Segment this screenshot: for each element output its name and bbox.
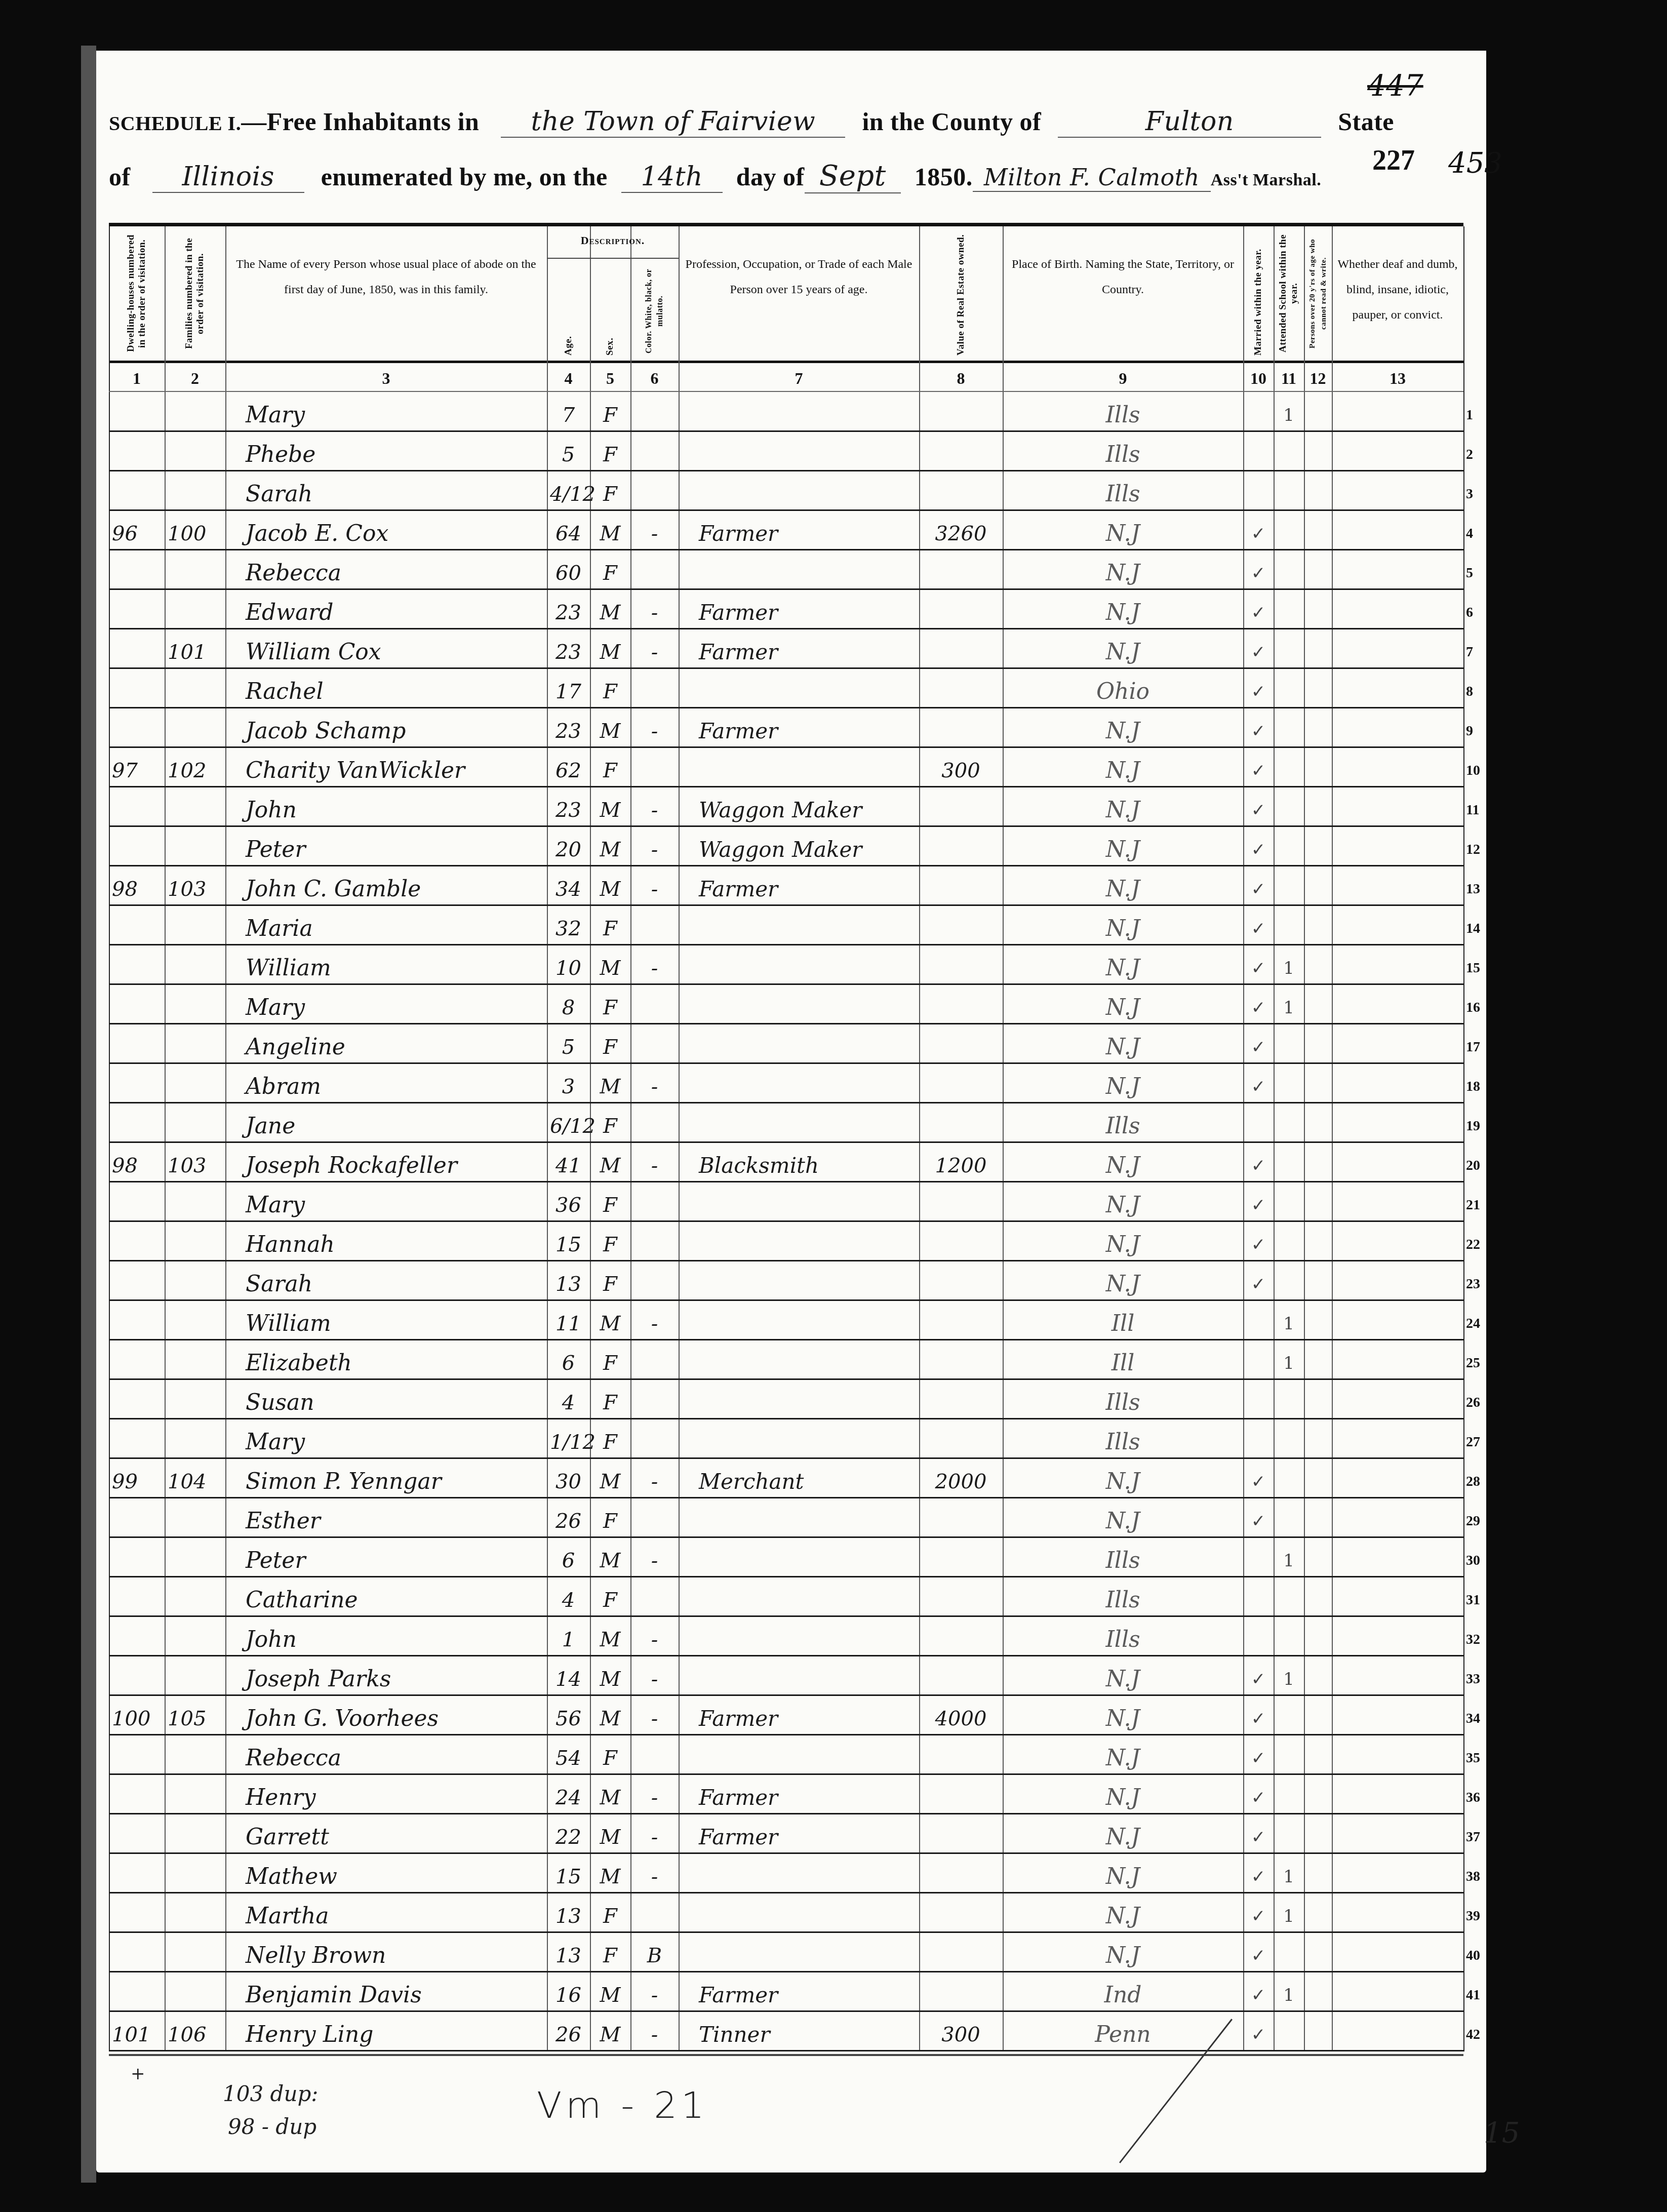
- line-number: 17: [1466, 1024, 1496, 1064]
- cell-color: -: [633, 866, 676, 904]
- line-number: 34: [1466, 1696, 1496, 1735]
- table-row: Sarah13FN.J✓: [109, 1261, 1463, 1301]
- cell-birthplace: N.J: [1006, 1498, 1240, 1536]
- cell-age: 1/12: [550, 1419, 587, 1457]
- cell-occupation: [699, 432, 919, 470]
- cell-occupation: Merchant: [699, 1459, 919, 1497]
- cell-married: [1246, 1380, 1271, 1418]
- cell-color: -: [633, 1656, 676, 1694]
- cell-name: William Cox: [246, 629, 547, 667]
- column-header-10: Married within the year.: [1243, 231, 1274, 355]
- table-row: Rebecca60FN.J✓: [109, 550, 1463, 590]
- cell-color: -: [633, 1696, 676, 1734]
- cell-name: Mary: [246, 985, 547, 1023]
- cell-condition: [1335, 1538, 1460, 1576]
- cell-married: ✓: [1246, 1814, 1271, 1852]
- cell-family: [168, 906, 222, 944]
- cell-name: Susan: [246, 1380, 547, 1418]
- cell-name: Edward: [246, 590, 547, 628]
- table-top-rule: [109, 223, 1463, 226]
- column-number-1: 1: [109, 367, 165, 390]
- cell-sex: F: [593, 392, 627, 430]
- cell-married: ✓: [1246, 827, 1271, 865]
- cell-family: 106: [168, 2012, 222, 2050]
- column-number-4: 4: [547, 367, 590, 390]
- column-number-5: 5: [590, 367, 630, 390]
- cell-illiterate: [1307, 1696, 1329, 1734]
- cell-name: Joseph Rockafeller: [246, 1143, 547, 1181]
- cell-real-estate: [922, 1301, 1000, 1339]
- cell-condition: [1335, 1459, 1460, 1497]
- column-header-13: Whether deaf and dumb, blind, insane, id…: [1337, 252, 1458, 328]
- cell-name: Henry: [246, 1775, 547, 1813]
- locality-field: the Town of Fairview: [501, 106, 845, 138]
- cell-family: [168, 985, 222, 1023]
- cell-condition: [1335, 1340, 1460, 1378]
- cell-sex: F: [593, 906, 627, 944]
- cell-condition: [1335, 1182, 1460, 1220]
- table-row: 101106Henry Ling26M-Tinner300Penn✓: [109, 2012, 1463, 2051]
- cell-color: -: [633, 1538, 676, 1576]
- cell-name: Peter: [246, 1538, 547, 1576]
- cell-school: [1277, 906, 1301, 944]
- cell-age: 6: [550, 1340, 587, 1378]
- cell-family: [168, 550, 222, 588]
- cell-school: [1277, 1617, 1301, 1655]
- cell-school: 1: [1277, 1893, 1301, 1931]
- cell-age: 14: [550, 1656, 587, 1694]
- cell-real-estate: [922, 1617, 1000, 1655]
- cell-age: 23: [550, 708, 587, 746]
- cell-family: [168, 1577, 222, 1615]
- cell-birthplace: N.J: [1006, 906, 1240, 944]
- cell-color: [633, 392, 676, 430]
- cell-dwelling: 99: [112, 1459, 162, 1497]
- cell-dwelling: [112, 1656, 162, 1694]
- cell-illiterate: [1307, 906, 1329, 944]
- cell-family: [168, 392, 222, 430]
- cell-age: 13: [550, 1893, 587, 1931]
- cell-sex: M: [593, 866, 627, 904]
- cell-birthplace: Ills: [1006, 1380, 1240, 1418]
- cell-age: 23: [550, 629, 587, 667]
- table-row: Mary1/12FIlls: [109, 1419, 1463, 1459]
- cell-birthplace: N.J: [1006, 1775, 1240, 1813]
- table-row: Mathew15M-N.J✓1: [109, 1854, 1463, 1893]
- cell-dwelling: 96: [112, 511, 162, 549]
- cell-sex: M: [593, 629, 627, 667]
- cell-married: ✓: [1246, 550, 1271, 588]
- cell-family: [168, 590, 222, 628]
- cell-married: ✓: [1246, 590, 1271, 628]
- cell-illiterate: [1307, 1775, 1329, 1813]
- cell-real-estate: [922, 1340, 1000, 1378]
- cell-birthplace: N.J: [1006, 590, 1240, 628]
- column-number-12: 12: [1304, 367, 1332, 390]
- cell-illiterate: [1307, 1380, 1329, 1418]
- cell-birthplace: N.J: [1006, 1656, 1240, 1694]
- cell-school: [1277, 1024, 1301, 1062]
- cell-age: 30: [550, 1459, 587, 1497]
- cell-color: [633, 1222, 676, 1260]
- cell-name: Charity VanWickler: [246, 748, 547, 786]
- cell-real-estate: [922, 1854, 1000, 1892]
- line-number: 11: [1466, 787, 1496, 827]
- cell-family: [168, 1972, 222, 2010]
- cell-dwelling: [112, 787, 162, 825]
- cell-occupation: Farmer: [699, 629, 919, 667]
- duplicate-note-2: 98 - dup: [228, 2114, 316, 2139]
- cell-condition: [1335, 511, 1460, 549]
- cell-age: 23: [550, 590, 587, 628]
- cell-age: 10: [550, 945, 587, 983]
- cell-condition: [1335, 1498, 1460, 1536]
- cell-name: Mary: [246, 1182, 547, 1220]
- cell-name: William: [246, 945, 547, 983]
- cell-married: ✓: [1246, 1182, 1271, 1220]
- cell-sex: M: [593, 787, 627, 825]
- cell-dwelling: [112, 1814, 162, 1852]
- cell-married: ✓: [1246, 1064, 1271, 1102]
- table-row: Peter20M-Waggon MakerN.J✓: [109, 827, 1463, 866]
- cell-family: [168, 1498, 222, 1536]
- column-number-rule: [109, 391, 1463, 392]
- cell-school: 1: [1277, 392, 1301, 430]
- cell-school: 1: [1277, 1301, 1301, 1339]
- cell-occupation: [699, 1340, 919, 1378]
- cell-occupation: [699, 1854, 919, 1892]
- cell-dwelling: [112, 1222, 162, 1260]
- table-row: Rachel17FOhio✓: [109, 669, 1463, 708]
- cell-occupation: Farmer: [699, 1814, 919, 1852]
- cell-married: [1246, 1617, 1271, 1655]
- cell-family: [168, 1103, 222, 1141]
- cell-age: 1: [550, 1617, 587, 1655]
- cell-condition: [1335, 1656, 1460, 1694]
- cell-age: 4/12: [550, 471, 587, 509]
- state-label: State: [1338, 107, 1394, 136]
- cell-illiterate: [1307, 1498, 1329, 1536]
- cell-name: Joseph Parks: [246, 1656, 547, 1694]
- cell-real-estate: [922, 432, 1000, 470]
- cell-color: [633, 1340, 676, 1378]
- cell-married: ✓: [1246, 669, 1271, 707]
- column-number-13: 13: [1332, 367, 1463, 390]
- cell-dwelling: 97: [112, 748, 162, 786]
- cell-real-estate: [922, 1498, 1000, 1536]
- cell-dwelling: [112, 1340, 162, 1378]
- county-label: in the County of: [862, 107, 1041, 136]
- cell-married: [1246, 392, 1271, 430]
- table-row: Hannah15FN.J✓: [109, 1222, 1463, 1261]
- cell-occupation: Farmer: [699, 866, 919, 904]
- cell-sex: M: [593, 1143, 627, 1181]
- cell-school: [1277, 1064, 1301, 1102]
- cell-dwelling: [112, 1498, 162, 1536]
- cell-sex: F: [593, 1419, 627, 1457]
- table-row: Joseph Parks14M-N.J✓1: [109, 1656, 1463, 1696]
- cell-occupation: [699, 1261, 919, 1299]
- cell-family: [168, 1656, 222, 1694]
- table-row: 98103Joseph Rockafeller41M-Blacksmith120…: [109, 1143, 1463, 1182]
- cell-name: Jacob Schamp: [246, 708, 547, 746]
- cell-color: [633, 471, 676, 509]
- cell-condition: [1335, 1064, 1460, 1102]
- cell-occupation: Farmer: [699, 1775, 919, 1813]
- cell-married: ✓: [1246, 1222, 1271, 1260]
- cell-color: -: [633, 1775, 676, 1813]
- county-field: Fulton: [1058, 106, 1321, 138]
- line-number: 30: [1466, 1538, 1496, 1577]
- cell-married: [1246, 1538, 1271, 1576]
- line-number: 37: [1466, 1814, 1496, 1854]
- cell-real-estate: [922, 1735, 1000, 1773]
- cell-real-estate: [922, 590, 1000, 628]
- cell-school: [1277, 1577, 1301, 1615]
- cell-school: 1: [1277, 1854, 1301, 1892]
- cell-sex: M: [593, 1972, 627, 2010]
- cell-age: 15: [550, 1854, 587, 1892]
- cell-condition: [1335, 708, 1460, 746]
- cell-age: 64: [550, 511, 587, 549]
- cell-birthplace: N.J: [1006, 629, 1240, 667]
- cell-condition: [1335, 1222, 1460, 1260]
- cell-sex: M: [593, 1459, 627, 1497]
- cell-occupation: Tinner: [699, 2012, 919, 2050]
- line-number: 25: [1466, 1340, 1496, 1380]
- cell-real-estate: [922, 1538, 1000, 1576]
- cell-school: [1277, 787, 1301, 825]
- table-row: Sarah4/12FIlls: [109, 471, 1463, 511]
- header-line-1: SCHEDULE I.—Free Inhabitants in the Town…: [109, 106, 1394, 138]
- cell-birthplace: N.J: [1006, 1854, 1240, 1892]
- cell-condition: [1335, 1854, 1460, 1892]
- cell-occupation: [699, 1024, 919, 1062]
- cell-sex: M: [593, 2012, 627, 2050]
- cell-occupation: [699, 1538, 919, 1576]
- cell-age: 34: [550, 866, 587, 904]
- cell-dwelling: [112, 392, 162, 430]
- cell-married: ✓: [1246, 906, 1271, 944]
- cell-dwelling: [112, 1103, 162, 1141]
- cell-illiterate: [1307, 1301, 1329, 1339]
- cell-name: William: [246, 1301, 547, 1339]
- cell-illiterate: [1307, 1459, 1329, 1497]
- cell-illiterate: [1307, 550, 1329, 588]
- cell-name: Benjamin Davis: [246, 1972, 547, 2010]
- state-field: Illinois: [152, 162, 304, 193]
- cell-real-estate: [922, 1775, 1000, 1813]
- cell-occupation: [699, 985, 919, 1023]
- cell-age: 20: [550, 827, 587, 865]
- cell-color: [633, 1577, 676, 1615]
- cell-school: 1: [1277, 985, 1301, 1023]
- table-row: John1M-Ills: [109, 1617, 1463, 1656]
- cell-color: -: [633, 1972, 676, 2010]
- cell-condition: [1335, 392, 1460, 430]
- cell-sex: F: [593, 1024, 627, 1062]
- cell-dwelling: [112, 1261, 162, 1299]
- cell-school: 1: [1277, 1538, 1301, 1576]
- line-number: 6: [1466, 590, 1496, 629]
- cell-age: 5: [550, 432, 587, 470]
- cell-name: Mary: [246, 392, 547, 430]
- cell-dwelling: [112, 1854, 162, 1892]
- cell-school: [1277, 471, 1301, 509]
- cell-real-estate: [922, 1103, 1000, 1141]
- cell-family: 102: [168, 748, 222, 786]
- cell-condition: [1335, 1696, 1460, 1734]
- cell-family: 103: [168, 866, 222, 904]
- cell-dwelling: [112, 1735, 162, 1773]
- cell-real-estate: [922, 669, 1000, 707]
- cell-family: [168, 669, 222, 707]
- cell-dwelling: 100: [112, 1696, 162, 1734]
- line-number: 19: [1466, 1103, 1496, 1143]
- cell-dwelling: [112, 1182, 162, 1220]
- cell-sex: F: [593, 1380, 627, 1418]
- line-number: 22: [1466, 1222, 1496, 1261]
- cell-birthplace: N.J: [1006, 748, 1240, 786]
- cell-color: -: [633, 1814, 676, 1852]
- cell-sex: F: [593, 550, 627, 588]
- marshal-signature: Milton F. Calmoth: [973, 164, 1211, 192]
- table-row: 97102Charity VanWickler62F300N.J✓: [109, 748, 1463, 787]
- cell-illiterate: [1307, 945, 1329, 983]
- cell-sex: M: [593, 1301, 627, 1339]
- cell-illiterate: [1307, 866, 1329, 904]
- cell-illiterate: [1307, 432, 1329, 470]
- cell-sex: M: [593, 708, 627, 746]
- cell-school: [1277, 1419, 1301, 1457]
- cell-condition: [1335, 1972, 1460, 2010]
- table-row: 100105John G. Voorhees56M-Farmer4000N.J✓: [109, 1696, 1463, 1735]
- cell-birthplace: N.J: [1006, 1459, 1240, 1497]
- cell-dwelling: [112, 1577, 162, 1615]
- cell-school: [1277, 1380, 1301, 1418]
- cell-birthplace: N.J: [1006, 1696, 1240, 1734]
- cell-age: 3: [550, 1064, 587, 1102]
- cell-illiterate: [1307, 1261, 1329, 1299]
- cell-sex: M: [593, 1696, 627, 1734]
- cell-married: [1246, 471, 1271, 509]
- cell-color: [633, 1182, 676, 1220]
- cell-sex: M: [593, 1656, 627, 1694]
- day-field: 14th: [621, 162, 723, 193]
- cell-school: [1277, 748, 1301, 786]
- cell-occupation: [699, 1182, 919, 1220]
- cell-married: ✓: [1246, 1024, 1271, 1062]
- column-number-6: 6: [630, 367, 679, 390]
- cell-occupation: [699, 550, 919, 588]
- cell-illiterate: [1307, 1577, 1329, 1615]
- cell-occupation: Farmer: [699, 1972, 919, 2010]
- cell-color: [633, 432, 676, 470]
- cell-married: ✓: [1246, 1854, 1271, 1892]
- table-row: Elizabeth6FIll1: [109, 1340, 1463, 1380]
- cell-birthplace: N.J: [1006, 985, 1240, 1023]
- cell-family: [168, 1775, 222, 1813]
- cell-name: Catharine: [246, 1577, 547, 1615]
- table-row: Jane6/12FIlls: [109, 1103, 1463, 1143]
- line-number: 23: [1466, 1261, 1496, 1301]
- cell-married: ✓: [1246, 2012, 1271, 2050]
- cell-family: [168, 1301, 222, 1339]
- description-group-rule: [547, 258, 679, 259]
- cell-name: Martha: [246, 1893, 547, 1931]
- cell-family: [168, 1735, 222, 1773]
- column-header-3: The Name of every Person whose usual pla…: [230, 252, 542, 302]
- cell-real-estate: [922, 1380, 1000, 1418]
- cell-birthplace: Ind: [1006, 1972, 1240, 2010]
- cell-dwelling: [112, 1538, 162, 1576]
- table-row: Mary36FN.J✓: [109, 1182, 1463, 1222]
- column-header-7: Profession, Occupation, or Trade of each…: [684, 252, 914, 302]
- cell-name: John C. Gamble: [246, 866, 547, 904]
- cell-age: 60: [550, 550, 587, 588]
- header-bottom-rule: [109, 361, 1463, 363]
- table-row: 99104Simon P. Yenngar30M-Merchant2000N.J…: [109, 1459, 1463, 1498]
- cell-occupation: [699, 906, 919, 944]
- cell-illiterate: [1307, 1024, 1329, 1062]
- cell-age: 17: [550, 669, 587, 707]
- cell-occupation: [699, 945, 919, 983]
- cell-sex: F: [593, 1498, 627, 1536]
- cell-condition: [1335, 985, 1460, 1023]
- cell-sex: F: [593, 1933, 627, 1971]
- cell-illiterate: [1307, 590, 1329, 628]
- cell-sex: M: [593, 1538, 627, 1576]
- handwritten-page-number: 453: [1448, 147, 1502, 180]
- cell-illiterate: [1307, 669, 1329, 707]
- cell-school: [1277, 511, 1301, 549]
- cell-color: -: [633, 2012, 676, 2050]
- column-header-12: Persons over 20 y'rs of age who cannot r…: [1304, 231, 1332, 355]
- cell-condition: [1335, 1893, 1460, 1931]
- cell-age: 62: [550, 748, 587, 786]
- cell-real-estate: [922, 1182, 1000, 1220]
- cell-sex: F: [593, 1182, 627, 1220]
- enumerated-label: enumerated by me, on the: [321, 163, 608, 191]
- cell-birthplace: N.J: [1006, 1261, 1240, 1299]
- cell-color: -: [633, 1143, 676, 1181]
- cell-occupation: [699, 392, 919, 430]
- table-row: Rebecca54FN.J✓: [109, 1735, 1463, 1775]
- cell-sex: M: [593, 1064, 627, 1102]
- cell-age: 5: [550, 1024, 587, 1062]
- line-number: 12: [1466, 827, 1496, 866]
- cell-illiterate: [1307, 1143, 1329, 1181]
- cell-married: ✓: [1246, 1933, 1271, 1971]
- line-number: 35: [1466, 1735, 1496, 1775]
- line-number: 24: [1466, 1301, 1496, 1340]
- cell-married: [1246, 1301, 1271, 1339]
- cell-age: 32: [550, 906, 587, 944]
- column-number-2: 2: [165, 367, 225, 390]
- cell-family: [168, 945, 222, 983]
- cell-birthplace: Ills: [1006, 1617, 1240, 1655]
- cell-sex: M: [593, 945, 627, 983]
- cell-birthplace: N.J: [1006, 511, 1240, 549]
- cell-illiterate: [1307, 985, 1329, 1023]
- cell-school: [1277, 1814, 1301, 1852]
- cell-real-estate: 2000: [922, 1459, 1000, 1497]
- cell-dwelling: [112, 1617, 162, 1655]
- cell-age: 13: [550, 1261, 587, 1299]
- struck-page-number: 447: [1367, 68, 1423, 103]
- cell-condition: [1335, 945, 1460, 983]
- cell-color: [633, 669, 676, 707]
